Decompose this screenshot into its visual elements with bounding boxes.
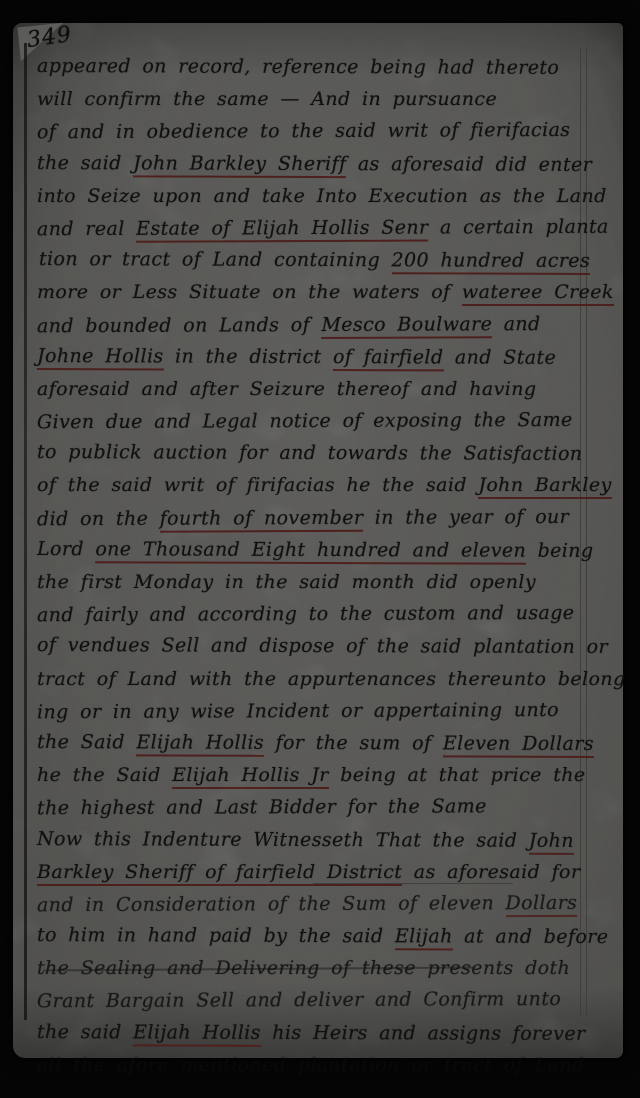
red-underlined-text: John [529,829,574,854]
text-segment: his Heirs and assigns forever [261,1021,586,1044]
text-segment: a certain planta [428,216,608,239]
manuscript-line: and real Estate of Elijah Hollis Senr a … [37,211,603,246]
manuscript-line: more or Less Situate on the waters of wa… [37,276,603,308]
text-segment: of the said writ of firifacias he the sa… [37,474,478,496]
text-segment: being [526,540,593,562]
text-segment: the Said [37,731,136,753]
text-segment: did on the [37,507,160,530]
manuscript-line: and bounded on Lands of Mesco Boulware a… [37,307,603,342]
manuscript-line: Lord one Thousand Eight hundred and elev… [37,533,603,567]
scanned-page: 349 appeared on record, reference being … [0,0,640,1098]
manuscript-line: tract of Land with the appurtenances the… [37,663,603,695]
text-segment: of vendues Sell and dispose of the said … [37,634,608,658]
manuscript-line: the Sealing and Delivering of these pres… [37,952,603,984]
manuscript-line: ing or in any wise Incident or appertain… [37,694,603,729]
text-segment: Now this Indenture Witnesseth That the s… [37,828,529,852]
red-underlined-text: Elijah Hollis Jr [172,764,329,789]
manuscript-line: and fairly and according to the custom a… [37,597,603,632]
text-segment: tract of Land with the appurtenances the… [37,668,626,690]
text-segment: the said [37,152,133,174]
text-segment: the highest and Last Bidder for the Same [37,796,487,820]
red-underlined-text: Johne Hollis [37,345,164,370]
text-segment: and bounded on Lands of [37,313,322,336]
text-segment: and real [37,218,136,240]
manuscript-line: the first Monday in the said month did o… [37,566,603,598]
manuscript-line: the said Elijah Hollis his Heirs and ass… [37,1016,603,1050]
manuscript-line: aforesaid and after Seizure thereof and … [37,373,603,405]
manuscript-line: the said John Barkley Sheriff as aforesa… [37,147,603,181]
text-segment: ing or in any wise Incident or appertain… [37,699,559,723]
manuscript-line: of and in obedience to the said writ of … [37,114,603,149]
text-segment: in the year of our [363,506,569,529]
red-underlined-text: John Barkley [478,474,611,499]
manuscript-line: the highest and Last Bidder for the Same [37,790,603,825]
manuscript-line: Barkley Sheriff of fairfield District as… [37,856,603,888]
red-underlined-text: Barkley Sheriff of fairfield District [37,861,402,886]
text-segment: appeared on record, reference being had … [37,55,559,79]
manuscript-line: and in Consideration of the Sum of eleve… [37,887,603,922]
text-segment: Grant Bargain Sell and deliver and Confi… [37,988,561,1012]
page-number: 349 [25,22,73,53]
manuscript-line: he the Said Elijah Hollis Jr being at th… [37,759,603,791]
text-segment: the Sealing and Delivering of these pres… [37,957,570,979]
text-segment: the said [37,1021,133,1043]
manuscript-line: to him in hand paid by the said Elijah a… [37,919,603,953]
text-segment: as aforesaid did enter [346,153,592,176]
text-segment: tion or tract of Land containing [39,248,392,271]
manuscript-line: Now this Indenture Witnesseth That the s… [37,823,603,857]
text-segment: Given due and Legal notice of exposing t… [37,409,573,433]
text-segment: more or Less Situate on the waters of [37,281,462,303]
text-segment: all the afore mentioned plantation or tr… [37,1054,585,1076]
text-segment: and in Consideration of the Sum of eleve… [37,892,506,916]
text-segment: into Seize upon and take Into Execution … [37,185,607,207]
text-segment: for the sum of [264,732,443,755]
manuscript-line: Grant Bargain Sell and deliver and Confi… [37,983,603,1018]
text-segment: and [492,313,540,335]
red-underlined-text: Elijah Hollis [136,731,264,756]
left-binding-rule [24,43,27,1020]
paper: 349 appeared on record, reference being … [13,23,623,1058]
text-segment: and State [443,346,556,368]
manuscript-line: tion or tract of Land containing 200 hun… [37,243,603,277]
text-segment: Lord [37,538,95,560]
red-underlined-text: of fairfield [333,346,444,371]
text-segment: to him in hand paid by the said [37,924,395,947]
manuscript-line: appeared on record, reference being had … [37,50,603,84]
manuscript-line: will confirm the same — And in pursuance [37,83,603,115]
text-segment: in the district [164,345,334,368]
manuscript-line: of vendues Sell and dispose of the said … [37,629,603,663]
manuscript-line: all the afore mentioned plantation or tr… [37,1049,603,1081]
red-underlined-text: John Barkley Sheriff [133,152,346,178]
red-underlined-text: Estate of Elijah Hollis Senr [136,216,428,242]
text-segment: being at that price the [329,764,586,786]
manuscript-line: into Seize upon and take Into Execution … [37,180,603,212]
red-underlined-text: fourth of november [160,506,364,532]
manuscript-line: Johne Hollis in the district of fairfiel… [37,340,603,374]
manuscript-line: to publick auction for and towards the S… [37,436,603,470]
manuscript-line: Given due and Legal notice of exposing t… [37,404,603,439]
red-underlined-text: Mesco Boulware [321,313,492,339]
text-segment: of and in obedience to the said writ of … [37,119,571,143]
red-underlined-text: Eleven Dollars [443,732,594,758]
red-underlined-text: Elijah [395,925,453,950]
red-underlined-text: Dollars [505,892,577,917]
text-segment: as aforesaid for [402,861,580,883]
text-segment: to publick auction for and towards the S… [37,441,583,465]
manuscript-line: the Said Elijah Hollis for the sum of El… [37,726,603,760]
red-underlined-text: 200 hundred acres [392,249,591,275]
text-segment: at and before [453,926,609,949]
red-underlined-text: one Thousand Eight hundred and eleven [95,538,526,565]
text-segment: will confirm the same — And in pursuance [37,88,497,110]
text-segment: the first Monday in the said month did o… [37,571,536,593]
red-underlined-text: Elijah Hollis [133,1021,261,1046]
red-underlined-text: wateree Creek [462,281,614,306]
manuscript-line: did on the fourth of november in the yea… [37,500,603,535]
text-segment: he the Said [37,764,172,786]
text-segment: and fairly and according to the custom a… [37,602,575,626]
manuscript-line: of the said writ of firifacias he the sa… [37,469,603,501]
manuscript-text: appeared on record, reference being had … [37,51,603,1081]
text-segment: aforesaid and after Seizure thereof and … [37,378,536,400]
